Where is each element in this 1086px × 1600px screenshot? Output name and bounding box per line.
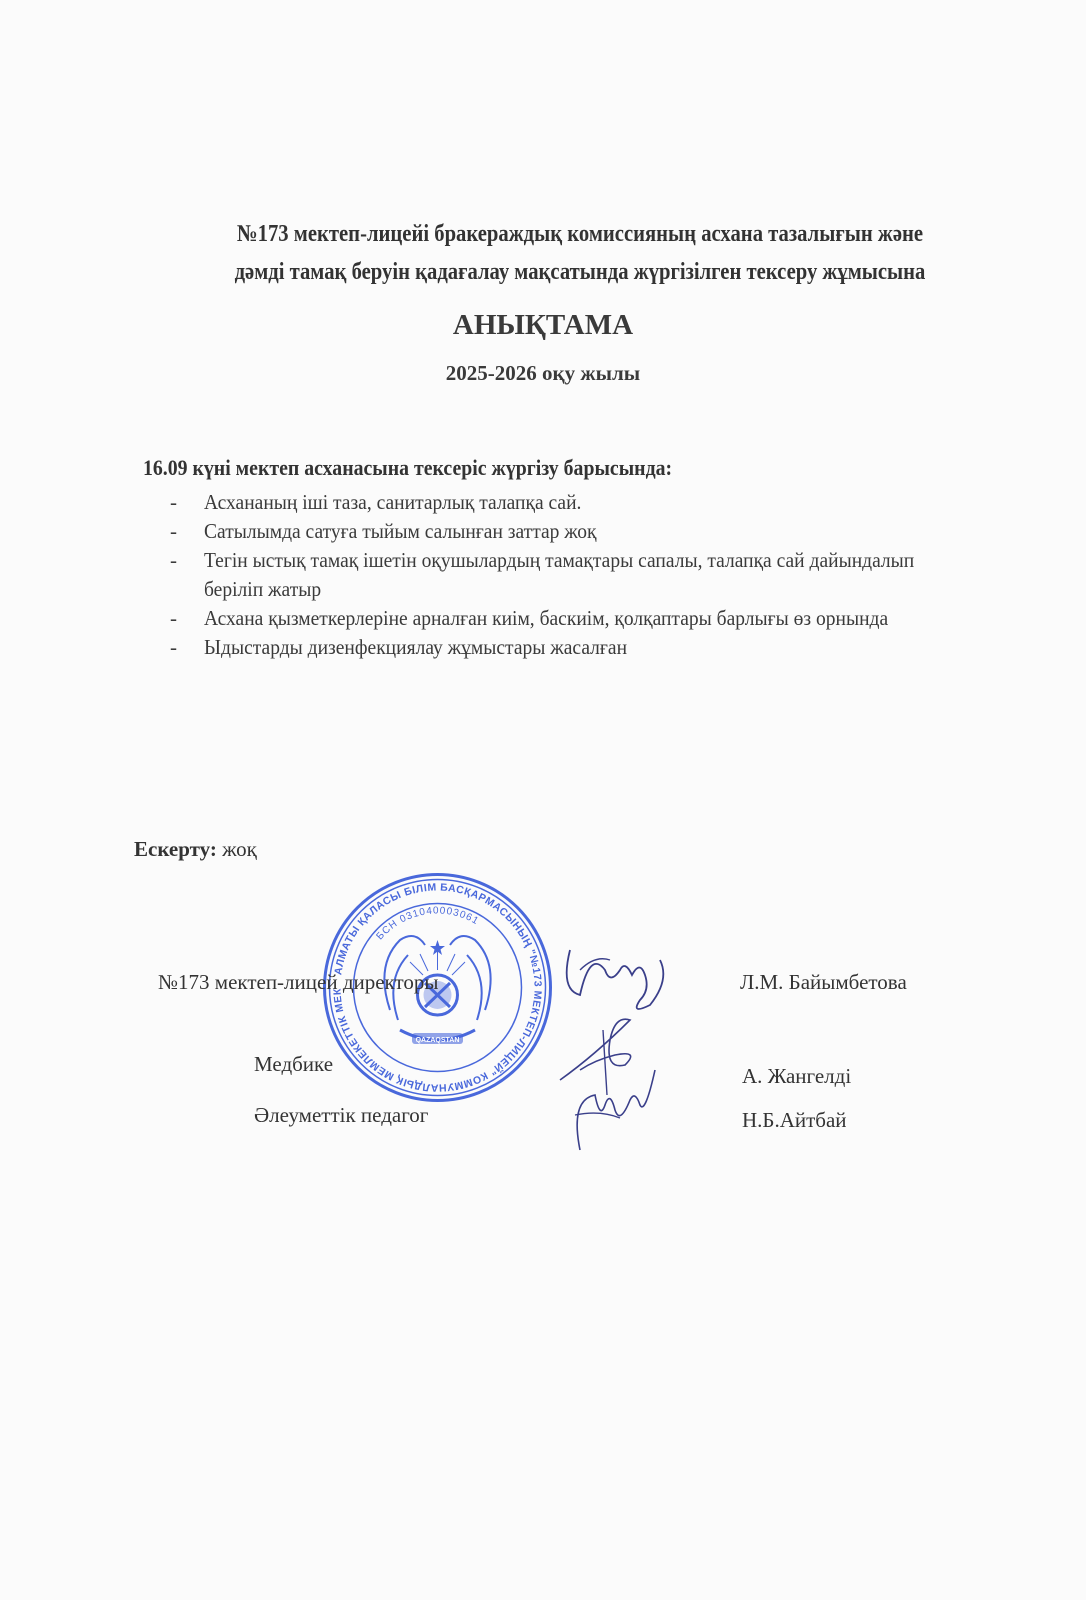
finding-item: -Ыдыстарды дизенфекциялау жұмыстары жаса…: [170, 633, 1010, 662]
signatory-role-nurse: Медбике: [254, 1052, 333, 1077]
document-title: №173 мектеп-лицейі бракераждық комиссиян…: [202, 215, 959, 291]
academic-year: 2025-2026 оқу жылы: [0, 361, 1086, 386]
signatory-name-social-pedagogue: Н.Б.Айтбай: [742, 1108, 847, 1133]
document-type-heading: АНЫҚТАМА: [0, 309, 1086, 342]
bullet-dash: -: [170, 604, 177, 633]
finding-item: -Тегін ыстық тамақ ішетін оқушылардың та…: [170, 546, 1010, 604]
bullet-dash: -: [170, 546, 177, 575]
svg-text:QAZAQSTAN: QAZAQSTAN: [416, 1037, 460, 1044]
signatory-role-director: №173 мектеп-лицей директоры: [158, 970, 439, 995]
note: Ескерту: жоқ: [134, 837, 257, 862]
signatory-name-director: Л.М. Байымбетова: [740, 970, 907, 995]
title-line-1: №173 мектеп-лицейі бракераждық комиссиян…: [202, 215, 959, 253]
findings-list: -Асхананың іші таза, санитарлық талапқа …: [170, 488, 1010, 662]
social-pedagogue-signature-icon: [560, 1060, 670, 1155]
finding-item: -Асхананың іші таза, санитарлық талапқа …: [170, 488, 1010, 517]
note-value: жоқ: [222, 837, 257, 861]
signatory-role-social-pedagogue: Әлеуметтік педагог: [254, 1103, 428, 1128]
title-line-2: дәмді тамақ беруін қадағалау мақсатында …: [202, 253, 959, 291]
bullet-dash: -: [170, 488, 177, 517]
inspection-intro: 16.09 күні мектеп асханасына тексеріс жү…: [143, 455, 672, 481]
finding-item: -Сатылымда сатуға тыйым салынған заттар …: [170, 517, 1010, 546]
bullet-dash: -: [170, 517, 177, 546]
note-label: Ескерту:: [134, 837, 217, 861]
signatory-name-nurse: А. Жангелді: [742, 1064, 851, 1089]
finding-item: -Асхана қызметкерлеріне арналған киім, б…: [170, 604, 1010, 633]
document-page: №173 мектеп-лицейі бракераждық комиссиян…: [0, 0, 1086, 1600]
bullet-dash: -: [170, 633, 177, 662]
director-signature-icon: [550, 930, 690, 1020]
